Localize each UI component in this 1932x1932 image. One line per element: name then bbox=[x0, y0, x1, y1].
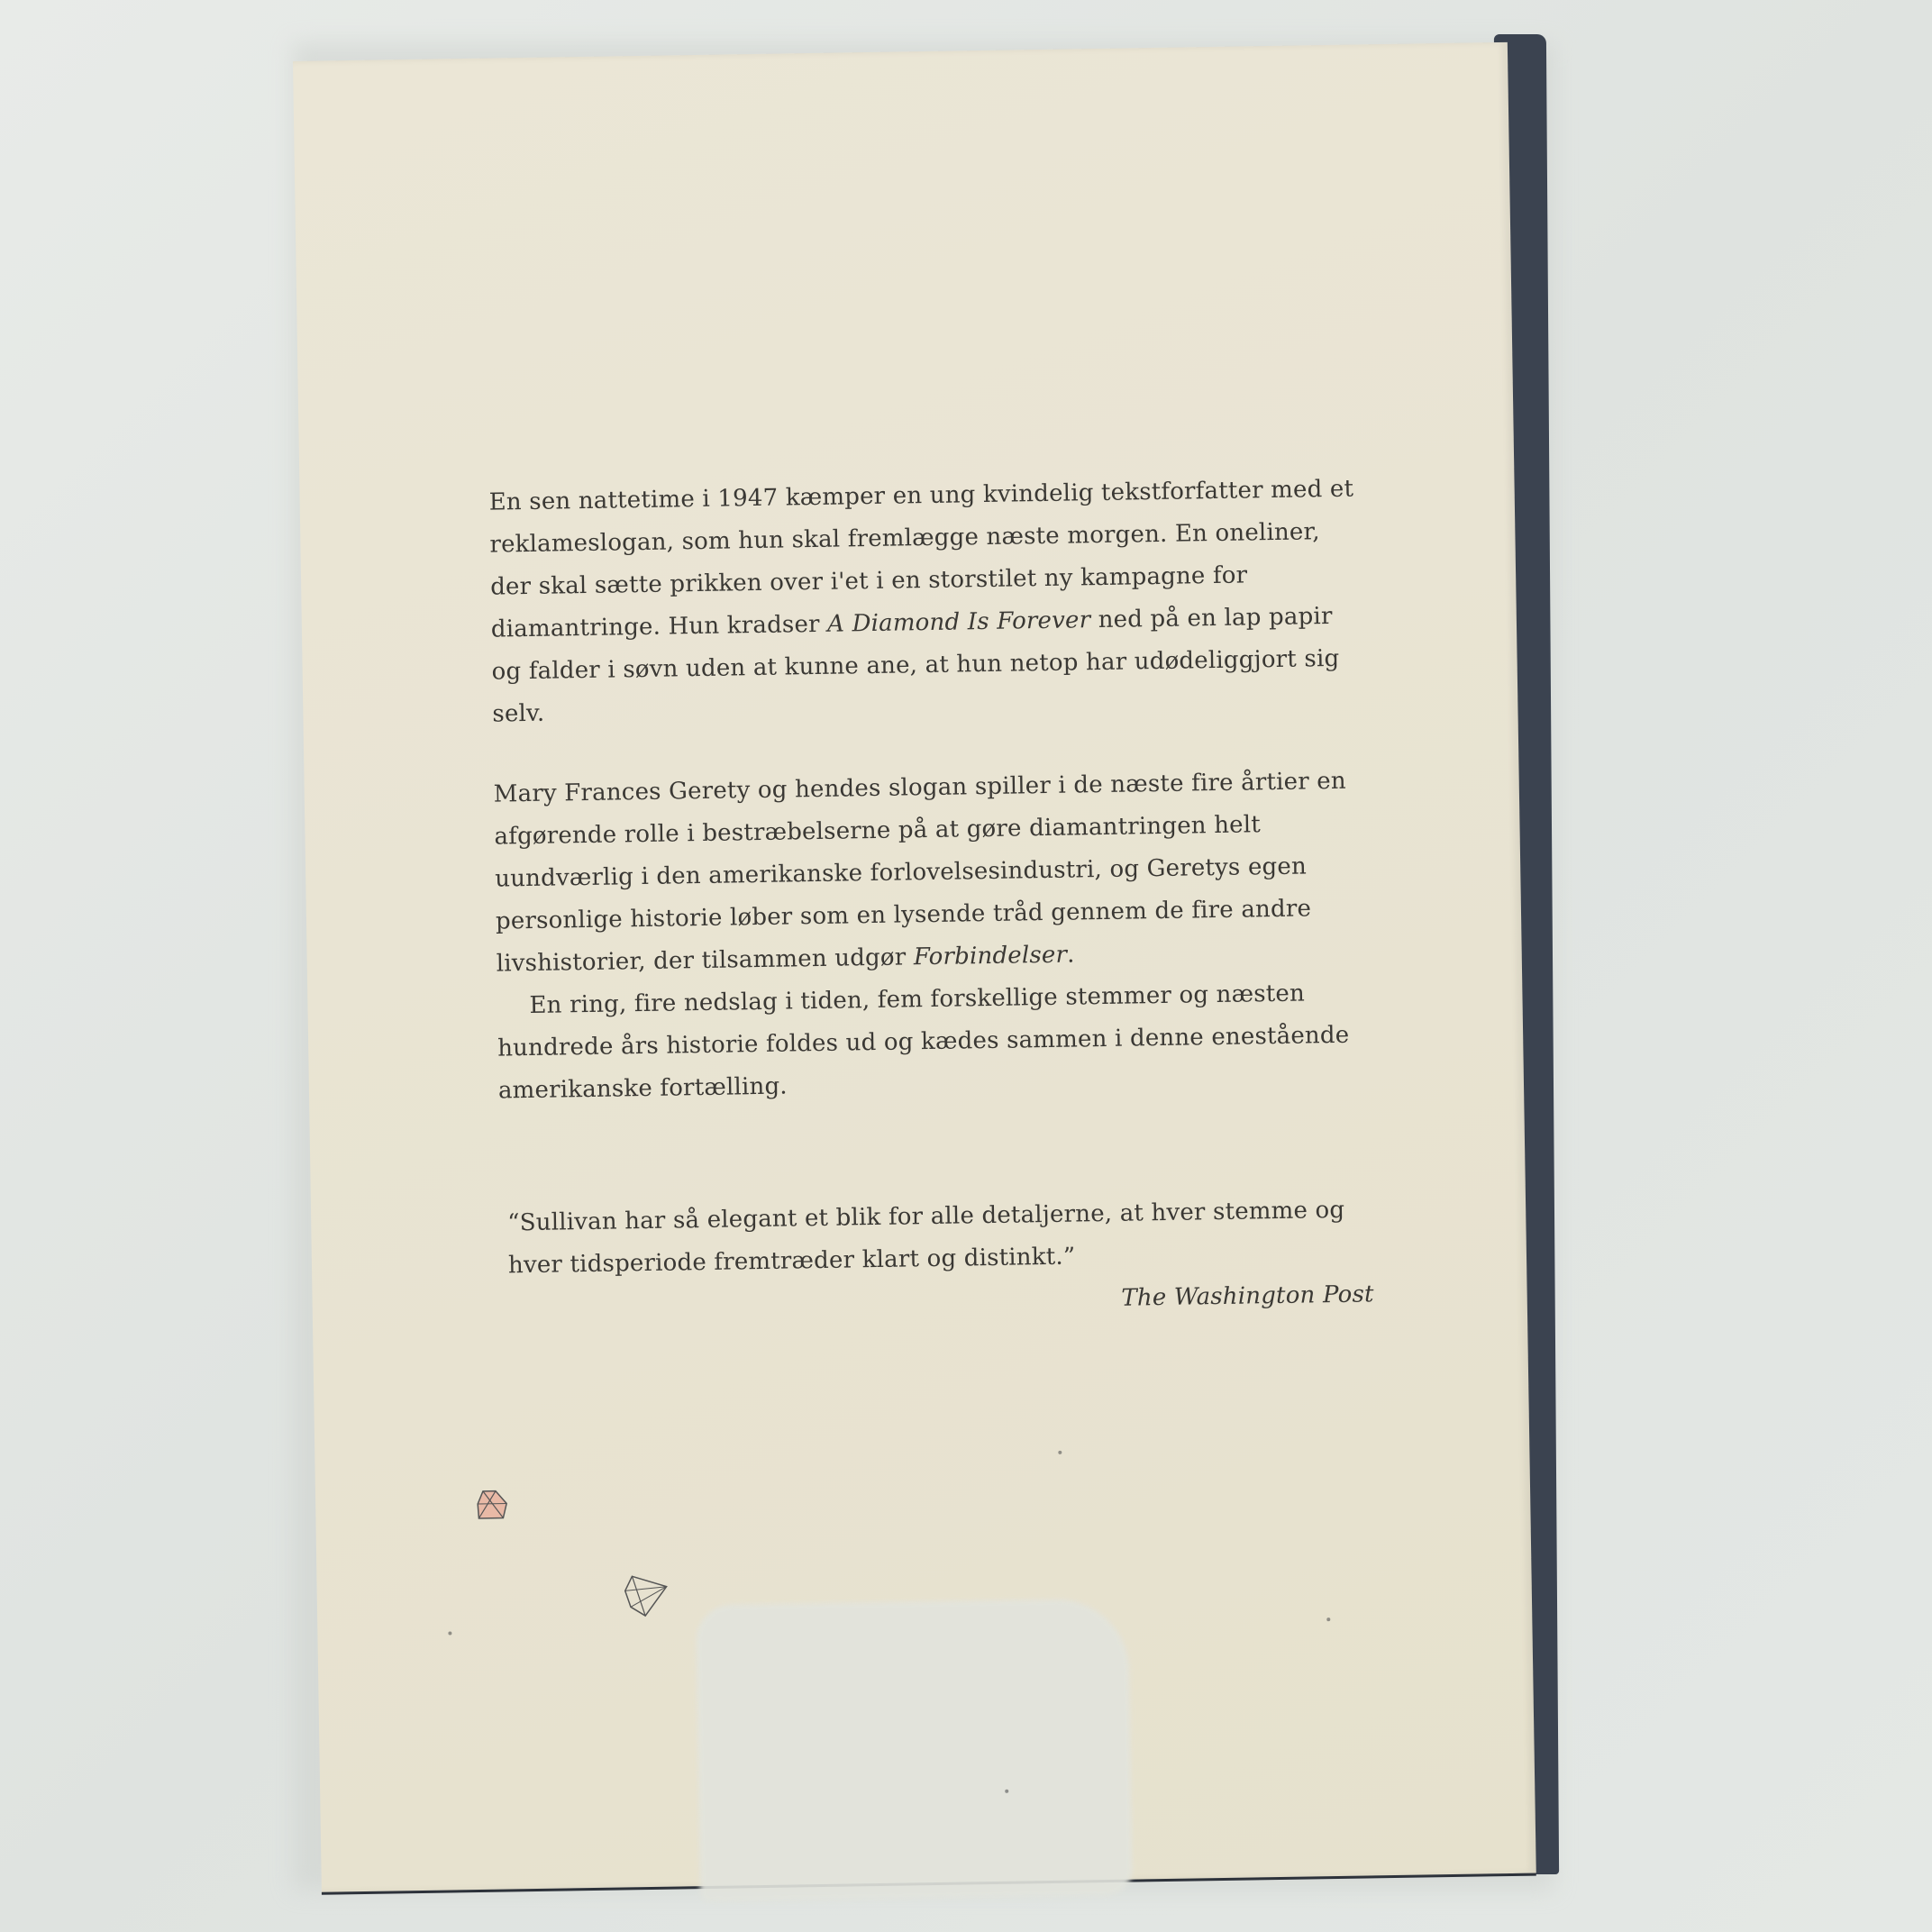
diamond-icon bbox=[623, 1574, 670, 1620]
speck bbox=[448, 1631, 451, 1635]
blurb-paragraph-2: Mary Frances Gerety og hendes slogan spi… bbox=[493, 761, 1362, 986]
speck bbox=[1005, 1790, 1008, 1793]
book-title: Forbindelser bbox=[914, 942, 1068, 971]
speck bbox=[1058, 1451, 1062, 1454]
review-quote: “Sullivan har så elegant et blik for all… bbox=[507, 1189, 1374, 1329]
sticker-residue bbox=[696, 1599, 1133, 1902]
slogan-title: A Diamond Is Forever bbox=[827, 606, 1091, 638]
blurb-paragraph-1: En sen nattetime i 1947 kæmper en ung kv… bbox=[488, 469, 1357, 736]
blurb-text: . bbox=[1067, 941, 1075, 968]
quote-text: “Sullivan har så elegant et blik for all… bbox=[507, 1189, 1373, 1287]
blurb: En sen nattetime i 1947 kæmper en ung kv… bbox=[488, 469, 1364, 1151]
speck bbox=[1326, 1618, 1330, 1621]
diamond-icon bbox=[476, 1489, 513, 1522]
book-back-cover: En sen nattetime i 1947 kæmper en ung kv… bbox=[293, 42, 1536, 1895]
blurb-paragraph-3: En ring, fire nedslag i tiden, fem forsk… bbox=[497, 971, 1363, 1112]
